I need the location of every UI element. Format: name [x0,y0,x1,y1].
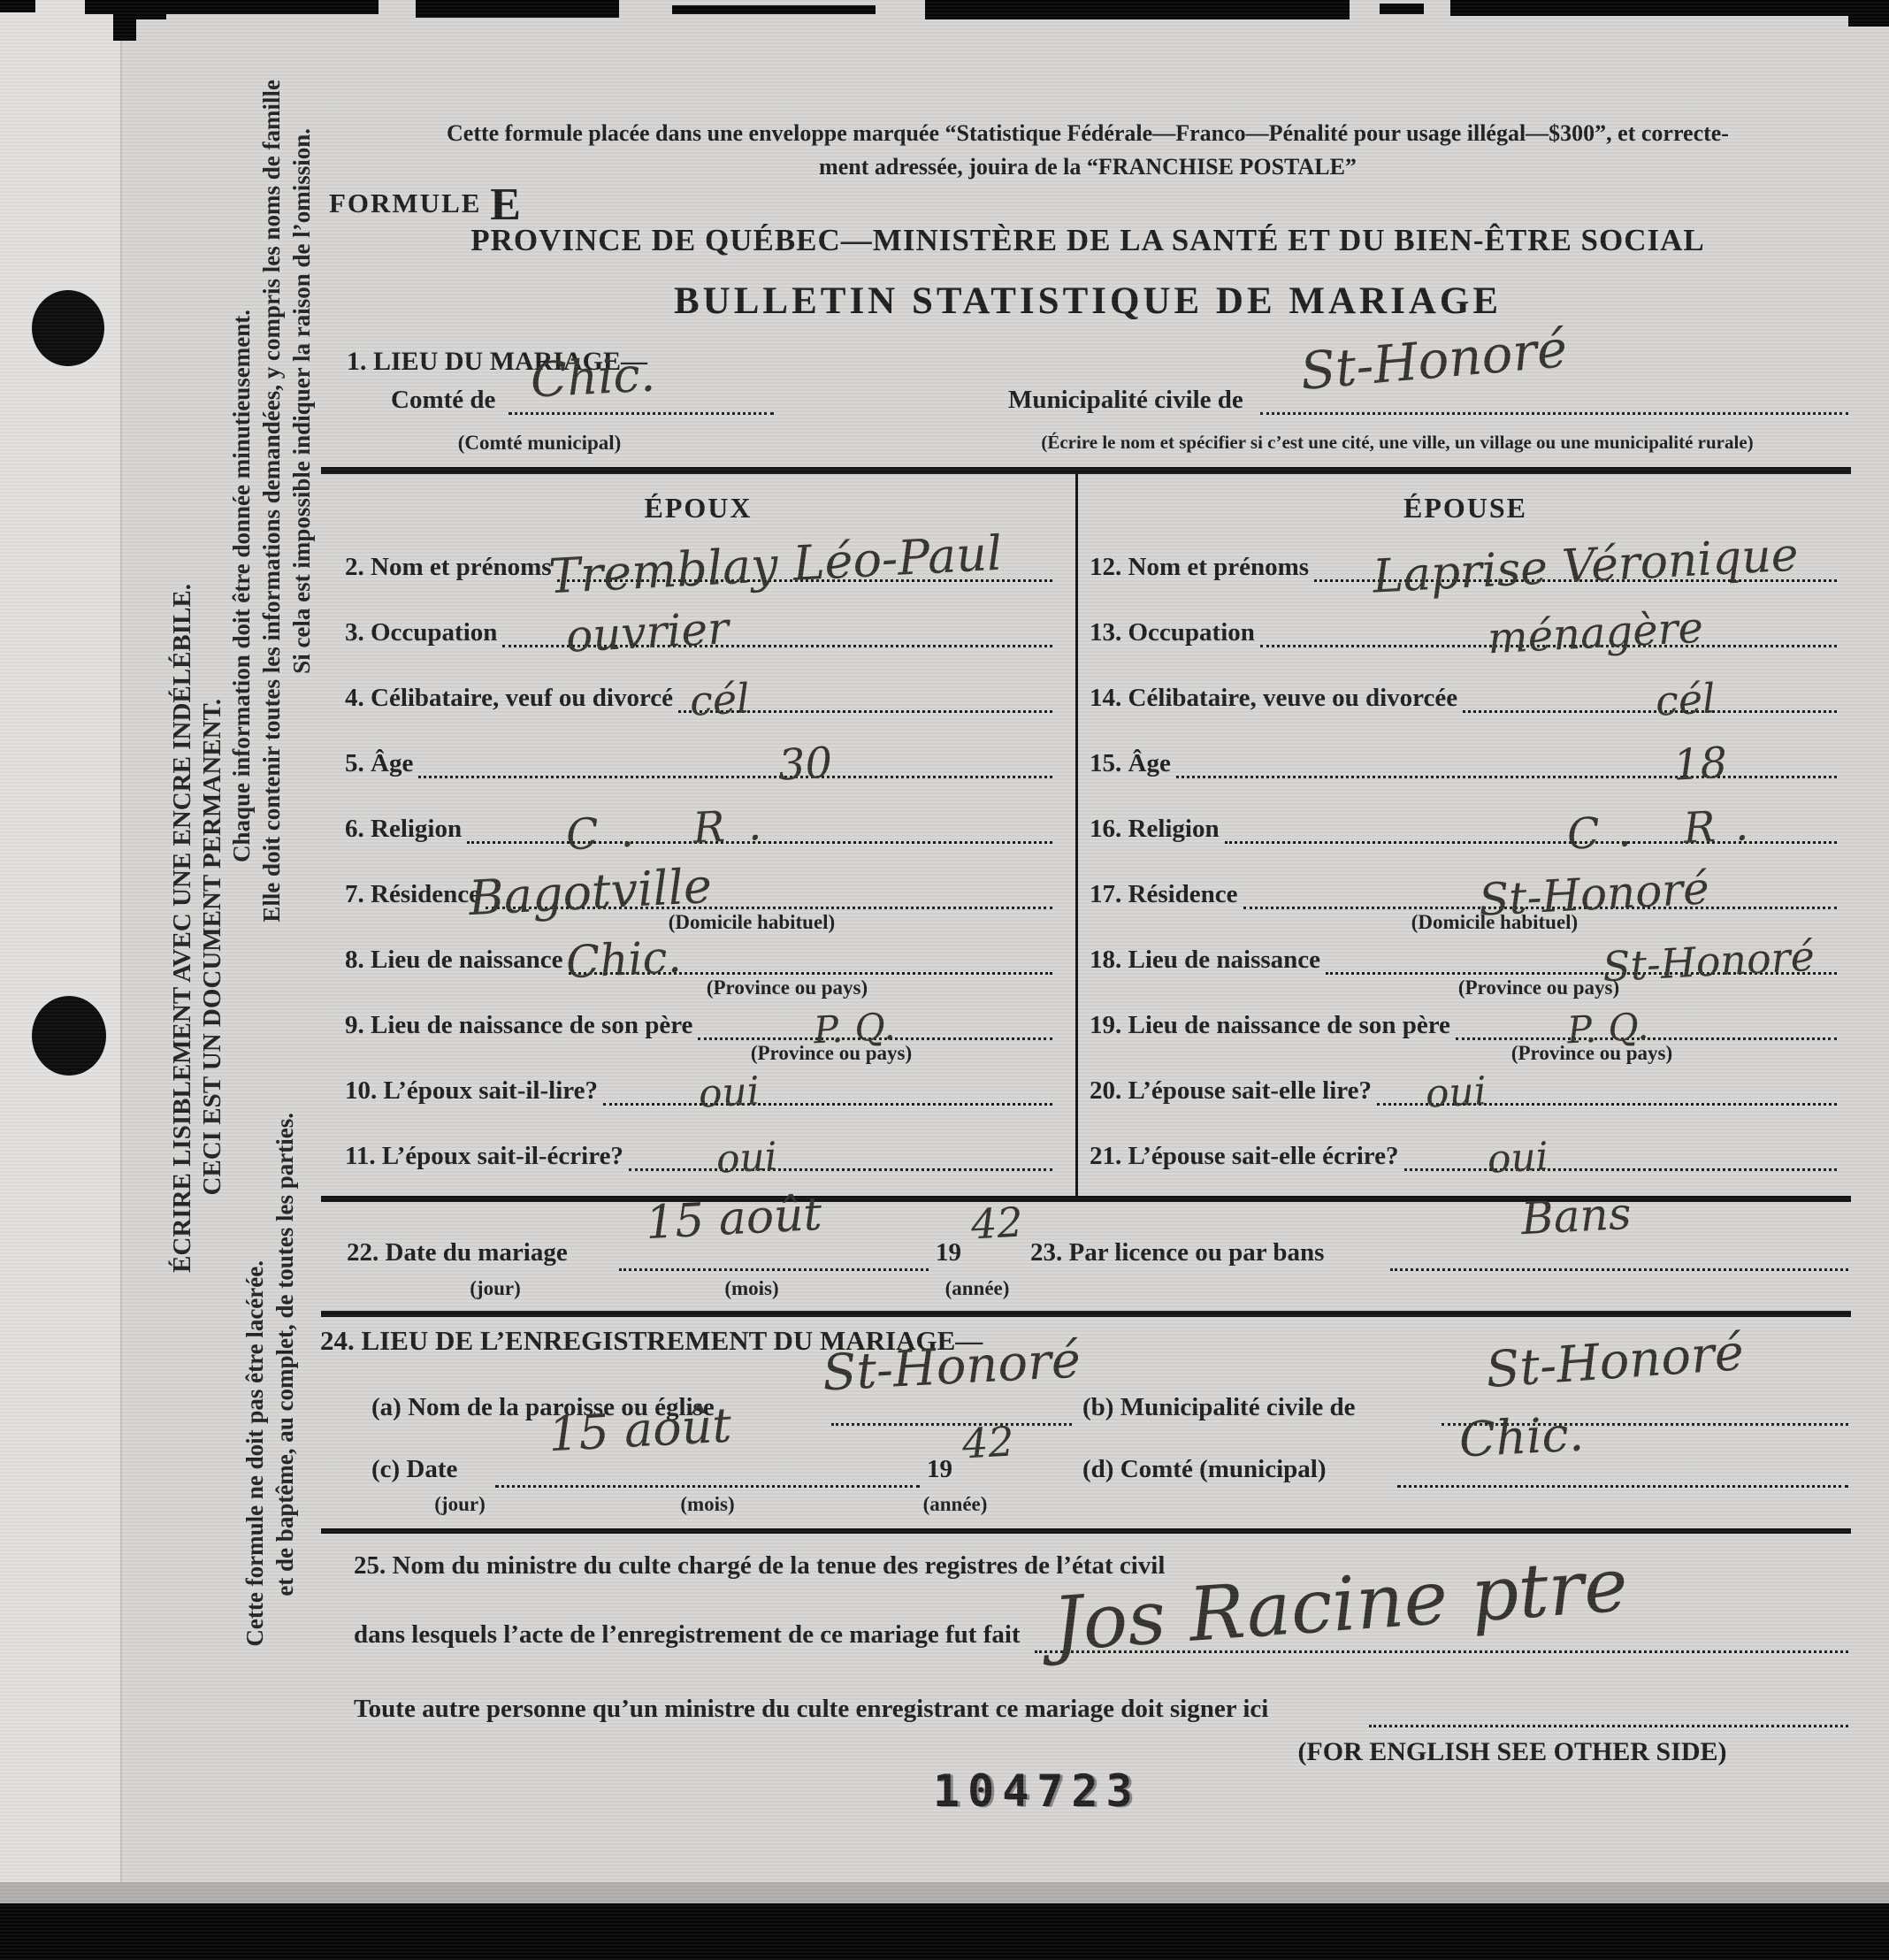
form-row: 6. Religion C. R. [345,803,1052,844]
scan-bottom-shadow [0,1882,1889,1905]
handwritten-value: ménagère [1487,607,1704,661]
epoux-header: ÉPOUX [321,492,1075,524]
handwritten-value: Laprise Véronique [1372,532,1800,600]
film-edge [136,0,166,19]
paroisse-handwritten: St-Honoré [822,1336,1082,1398]
handwritten-value: ouvrier [565,606,730,659]
film-edge [672,5,876,14]
municipalite-label: Municipalité civile de [1008,386,1249,415]
form-row: 11. L’époux sait-il-écrire? oui [345,1130,1052,1171]
form-row: 8. Lieu de naissance Chic. [345,934,1052,975]
dotted-line [603,1103,1052,1106]
sub-label: (Province ou pays) [1459,1042,1725,1065]
jour-sub: (jour) [433,1277,557,1300]
punch-hole-bottom [32,996,106,1076]
dotted-line [1404,1168,1837,1171]
field-label: 14. Célibataire, veuve ou divorcée [1090,684,1463,713]
comte-handwritten: Chic. [530,350,656,404]
film-edge [925,0,1350,19]
field-label: 18. Lieu de naissance [1090,946,1326,975]
handwritten-value: Tremblay Léo-Paul [547,530,1004,601]
field-label: 21. L’épouse sait-elle écrire? [1090,1142,1404,1171]
form-row: 5. Âge 30 [345,738,1052,778]
form-row: 16. Religion C. R. [1090,803,1837,844]
field-label: 5. Âge [345,749,418,778]
handwritten-value: oui [715,1137,778,1180]
handwritten-value: oui [698,1072,761,1114]
form-row: 9. Lieu de naissance de son père P. Q. [345,999,1052,1040]
field-label: 8. Lieu de naissance [345,946,569,975]
sub-label: (Domicile habituel) [1362,911,1627,934]
field-label: 17. Résidence [1090,880,1243,909]
field-label: 6. Religion [345,815,467,844]
margin-note-each-info: Chaque information doit être donnée minu… [228,310,256,862]
municipalite-sub: (Écrire le nom et spécifier si c’est une… [946,432,1848,454]
field-label: 16. Religion [1090,815,1225,844]
dotted-line [418,776,1052,778]
film-edge-bottom [0,1903,1889,1960]
sub-label: (Province ou pays) [699,1042,964,1065]
paper-edge [120,0,122,1960]
licence-bans-label: 23. Par licence ou par bans [1030,1238,1329,1267]
column-divider [1075,474,1078,1199]
page-title: BULLETIN STATISTIQUE DE MARIAGE [327,279,1848,323]
annee-sub: (année) [915,1277,1039,1300]
film-edge [1450,0,1889,16]
film-edge [0,0,35,12]
comte-sub: (Comté municipal) [416,432,663,455]
form-row: 2. Nom et prénoms Tremblay Léo-Paul [345,541,1052,582]
epouse-header: ÉPOUSE [1080,492,1851,524]
film-edge [113,0,136,41]
field-label: 7. Résidence [345,880,486,909]
sub-label: (Province ou pays) [654,976,920,999]
ministry-line: PROVINCE DE QUÉBEC—MINISTÈRE DE LA SANTÉ… [327,223,1848,258]
margin-note-do-not-tear: Cette formule ne doit pas être lacérée. [241,1260,269,1647]
municipalite24-handwritten: St-Honoré [1484,1328,1745,1396]
form-row: 14. Célibataire, veuve ou divorcée cél [1090,672,1837,713]
handwritten-value: oui [1425,1072,1487,1114]
handwritten-value: cél [689,678,751,721]
field-label: 2. Nom et prénoms [345,553,557,582]
film-edge [416,0,619,18]
year24-handwritten: 42 [961,1420,1015,1464]
envelope-note-line2: ment adressée, jouira de la “FRANCHISE P… [327,154,1848,180]
film-edge [1848,0,1889,27]
mois-sub: (mois) [690,1277,814,1300]
handwritten-value: C. R. [1566,803,1769,856]
licence-bans-handwritten: Bans [1520,1191,1633,1241]
form-row: 15. Âge 18 [1090,738,1837,778]
comte24-handwritten: Chic. [1458,1410,1585,1464]
field-label: 15. Âge [1090,749,1176,778]
english-note: (FOR ENGLISH SEE OTHER SIDE) [1256,1737,1769,1767]
section-rule [321,467,1851,474]
form-word: FORMULE [329,188,481,218]
field-label: 4. Célibataire, veuf ou divorcé [345,684,678,713]
field-label: 19. Lieu de naissance de son père [1090,1011,1456,1040]
form-row: 21. L’épouse sait-elle écrire? oui [1090,1130,1837,1171]
sub-label: (Domicile habituel) [619,911,884,934]
form-row: 12. Nom et prénoms Laprise Véronique [1090,541,1837,582]
date-mariage-label: 22. Date du mariage [347,1238,573,1267]
licence-bans-line [1390,1238,1848,1271]
dotted-line [1463,710,1837,713]
field-label: 9. Lieu de naissance de son père [345,1011,698,1040]
other-signer-line [1369,1693,1848,1727]
field-label: 12. Nom et prénoms [1090,553,1314,582]
comte24-label: (d) Comté (municipal) [1082,1455,1331,1484]
sub-label: (Province ou pays) [1406,976,1671,999]
section-rule [321,1311,1851,1317]
field-label: 13. Occupation [1090,618,1260,647]
margin-note-write-legibly: ÉCRIRE LISIBLEMENT AVEC UNE ENCRE INDÉLÉ… [168,584,197,1273]
municipalite24-label: (b) Municipalité civile de [1082,1393,1361,1422]
margin-note-baptism: et de baptême, au complet, de toutes les… [271,1113,299,1596]
film-edge [1380,4,1424,14]
minister-label-line2: dans lesquels l’acte de l’enregistrement… [354,1620,1026,1650]
dotted-line [1176,776,1837,778]
annee24-sub: (année) [893,1493,1017,1516]
margin-note-permanent: CECI EST UN DOCUMENT PERMANENT. [198,699,227,1196]
field-label: 3. Occupation [345,618,502,647]
other-signer-label: Toute autre personne qu’un ministre du c… [354,1695,1273,1724]
field-label: 20. L’épouse sait-elle lire? [1090,1076,1377,1106]
handwritten-value: cél [1655,678,1717,721]
mois24-sub: (mois) [646,1493,769,1516]
form-row: 18. Lieu de naissance St-Honoré [1090,934,1837,975]
punch-hole-top [32,290,104,366]
envelope-note-line1: Cette formule placée dans une enveloppe … [327,120,1848,147]
form-row: 10. L’époux sait-il-lire? oui [345,1065,1052,1106]
registration-stamp: 104723 [933,1765,1141,1817]
form-row: 13. Occupation ménagère [1090,607,1837,647]
handwritten-value: 30 [777,741,834,786]
form-row: 17. Résidence St-Honoré [1090,869,1837,909]
minister-label-line1: 25. Nom du ministre du culte chargé de l… [354,1551,1170,1581]
field-label: 11. L’époux sait-il-écrire? [345,1142,629,1171]
margin-note-must-contain: Elle doit contenir toutes les informatio… [258,80,286,923]
handwritten-value: 18 [1672,741,1729,786]
comte-label: Comté de [391,386,501,415]
dotted-line [629,1168,1052,1171]
section-rule [321,1528,1851,1534]
form-row: 3. Occupation ouvrier [345,607,1052,647]
handwritten-value: oui [1487,1137,1549,1180]
scanned-marriage-form: ÉCRIRE LISIBLEMENT AVEC UNE ENCRE INDÉLÉ… [0,0,1889,1960]
handwritten-value: C. R. [565,803,785,857]
form-row: 20. L’épouse sait-elle lire? oui [1090,1065,1837,1106]
date24-label: (c) Date [371,1455,463,1484]
year-prefix: 19 [936,1238,967,1267]
margin-note-if-impossible: Si cela est impossible indiquer la raiso… [288,128,316,674]
form-row: 19. Lieu de naissance de son père P. Q. [1090,999,1837,1040]
year-handwritten: 42 [970,1201,1024,1244]
jour24-sub: (jour) [398,1493,522,1516]
field-label: 10. L’époux sait-il-lire? [345,1076,603,1106]
form-row: 4. Célibataire, veuf ou divorcé cél [345,672,1052,713]
date24-handwritten: 15 août [547,1402,733,1459]
year24-prefix: 19 [927,1455,958,1484]
form-row: 7. Résidence Bagotville [345,869,1052,909]
date-mariage-handwritten: 15 août [645,1191,823,1246]
